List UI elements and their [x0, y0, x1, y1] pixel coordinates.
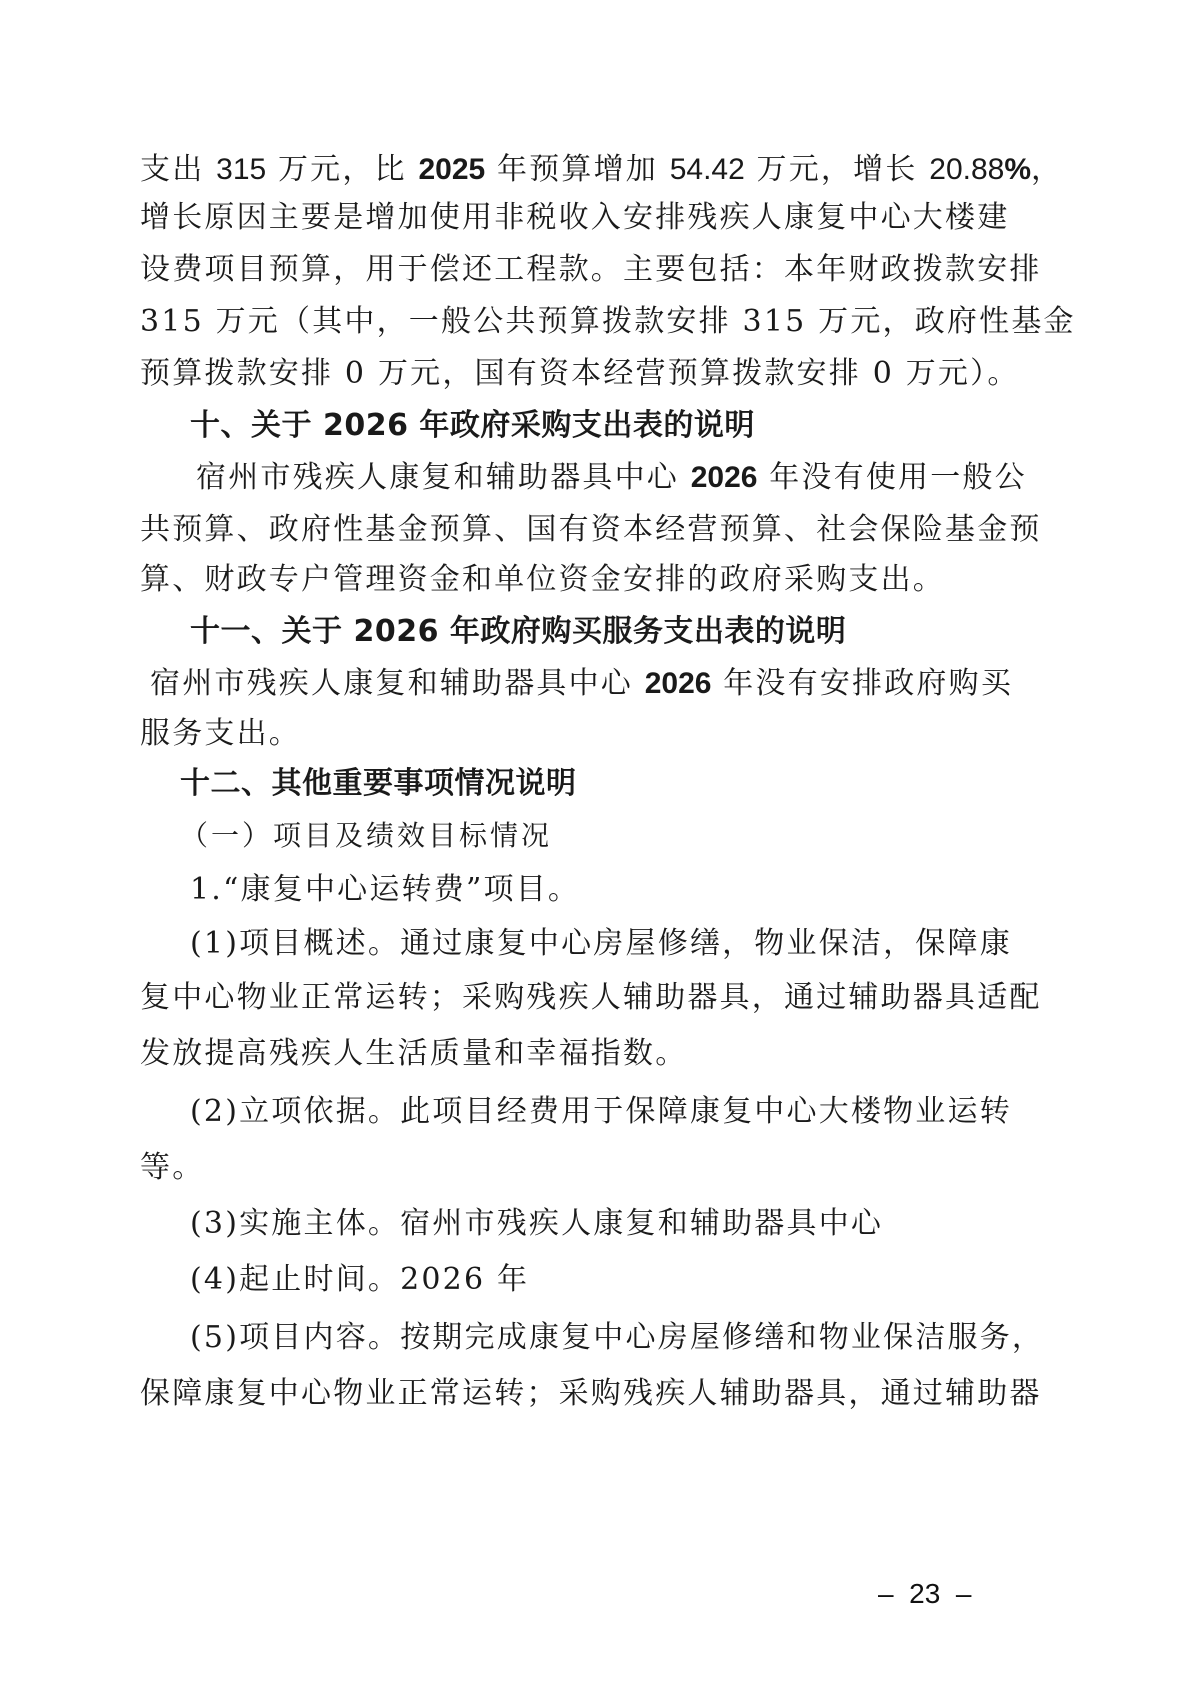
text-segment: ， — [1031, 152, 1063, 187]
paragraph-line: 支出 315 万元，比 2025 年预算增加 54.42 万元，增长 20.88… — [140, 150, 1000, 190]
paragraph-line: 宿州市残疾人康复和辅助器具中心 2026 年没有使用一般公 — [196, 458, 1056, 498]
item-line: (1)项目概述。通过康复中心房屋修缮，物业保洁，保障康 — [190, 924, 1050, 964]
document-page: 支出 315 万元，比 2025 年预算增加 54.42 万元，增长 20.88… — [0, 0, 1190, 1683]
section-heading-12: 十二、其他重要事项情况说明 — [180, 764, 1040, 804]
item-line: (3)实施主体。宿州市残疾人康复和辅助器具中心 — [190, 1204, 1050, 1244]
item-line: 保障康复中心物业正常运转；采购残疾人辅助器具，通过辅助器 — [140, 1374, 1000, 1414]
paragraph-line: 315 万元（其中，一般公共预算拨款安排 315 万元，政府性基金 — [140, 302, 1000, 342]
year-value: 2025 — [418, 153, 485, 186]
text-segment: 年没有使用一般公 — [758, 460, 1027, 495]
paragraph-line: 算、财政专户管理资金和单位资金安排的政府采购支出。 — [140, 560, 1000, 600]
page-number: – 23 – — [878, 1576, 971, 1612]
text-segment: 宿州市残疾人康复和辅助器具中心 — [150, 666, 645, 701]
percent-sign: % — [1004, 153, 1031, 186]
growth-percent: 20.88 — [929, 153, 1004, 186]
item-line: (5)项目内容。按期完成康复中心房屋修缮和物业保洁服务， — [190, 1318, 1050, 1358]
item-line: 等。 — [140, 1148, 1000, 1188]
subsection-heading: （一）项目及绩效目标情况 — [180, 816, 1040, 856]
text-segment: 万元，增长 — [745, 152, 929, 187]
project-title: 1.“康复中心运转费”项目。 — [190, 870, 1050, 910]
text-segment: 宿州市残疾人康复和辅助器具中心 — [196, 460, 691, 495]
paragraph-line: 服务支出。 — [140, 714, 1000, 754]
text-segment: 年预算增加 — [485, 152, 669, 187]
amount-value: 315 — [216, 153, 266, 186]
item-line: (2)立项依据。此项目经费用于保障康复中心大楼物业运转 — [190, 1092, 1050, 1132]
paragraph-line: 设费项目预算，用于偿还工程款。主要包括：本年财政拨款安排 — [140, 250, 1000, 290]
paragraph-line: 增长原因主要是增加使用非税收入安排残疾人康复中心大楼建 — [140, 198, 1000, 238]
text-segment: 支出 — [140, 152, 216, 187]
section-heading-10: 十、关于 2026 年政府采购支出表的说明 — [190, 406, 1050, 446]
text-segment: 年没有安排政府购买 — [712, 666, 1014, 701]
paragraph-line: 预算拨款安排 0 万元，国有资本经营预算拨款安排 0 万元）。 — [140, 354, 1000, 394]
section-heading-11: 十一、关于 2026 年政府购买服务支出表的说明 — [190, 612, 1050, 652]
increase-value: 54.42 — [670, 153, 745, 186]
paragraph-line: 宿州市残疾人康复和辅助器具中心 2026 年没有安排政府购买 — [150, 664, 1010, 704]
item-line: 复中心物业正常运转；采购残疾人辅助器具，通过辅助器具适配 — [140, 978, 1000, 1018]
item-line: 发放提高残疾人生活质量和幸福指数。 — [140, 1034, 1000, 1074]
item-line: (4)起止时间。2026 年 — [190, 1260, 1050, 1300]
text-segment: 万元，比 — [266, 152, 418, 187]
year-value: 2026 — [645, 667, 712, 700]
year-value: 2026 — [691, 461, 758, 494]
paragraph-line: 共预算、政府性基金预算、国有资本经营预算、社会保险基金预 — [140, 510, 1000, 550]
